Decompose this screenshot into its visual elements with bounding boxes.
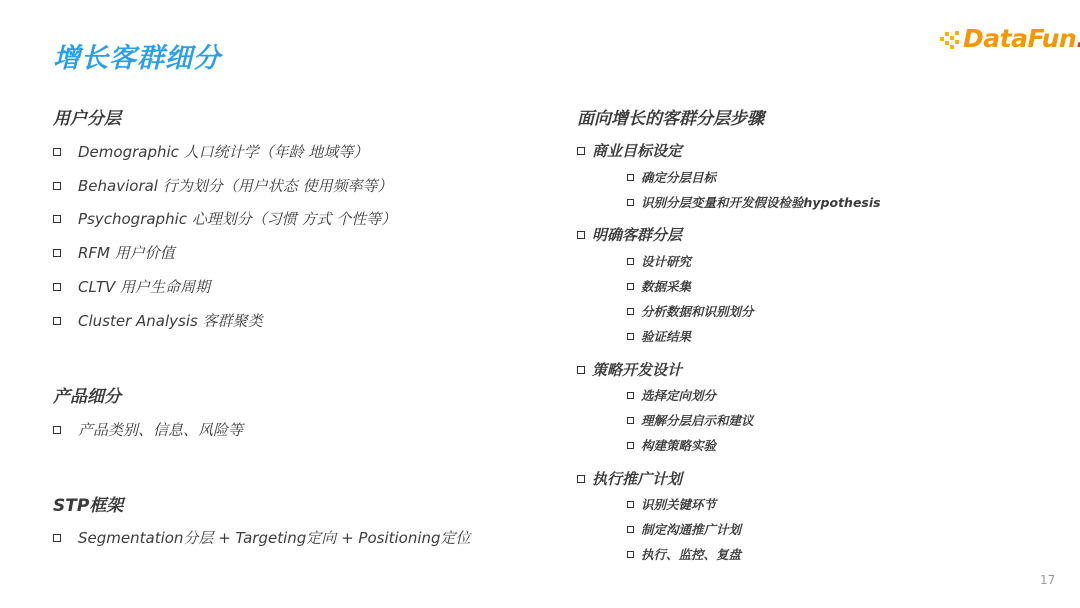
square-bullet-icon	[627, 283, 634, 290]
sub-step-item: 识别关键环节	[627, 495, 716, 513]
sub-step-item: 数据采集	[627, 277, 691, 295]
square-bullet-icon	[53, 317, 61, 325]
logo-pixel-icon	[940, 28, 962, 50]
logo-text: DataFun	[963, 24, 1076, 53]
step-item: 商业目标设定	[577, 140, 682, 161]
sub-step-item: 验证结果	[627, 327, 691, 345]
list-item: CLTV 用户生命周期	[53, 276, 210, 297]
square-bullet-icon	[627, 308, 634, 315]
sub-step-item: 确定分层目标	[627, 168, 716, 186]
page-number: 17	[1040, 573, 1055, 587]
square-bullet-icon	[53, 215, 61, 223]
square-bullet-icon	[627, 417, 634, 424]
list-item: Behavioral 行为划分（用户状态 使用频率等）	[53, 175, 393, 196]
sub-step-item: 分析数据和识别划分	[627, 302, 754, 320]
sub-step-item: 构建策略实验	[627, 436, 716, 454]
step-item: 策略开发设计	[577, 359, 682, 380]
slide-title: 增长客群细分	[53, 36, 221, 75]
square-bullet-icon	[627, 501, 634, 508]
section-heading-growth-steps: 面向增长的客群分层步骤	[577, 104, 764, 129]
square-bullet-icon	[627, 551, 634, 558]
list-item: Cluster Analysis 客群聚类	[53, 310, 263, 331]
square-bullet-icon	[53, 249, 61, 257]
section-heading-product-segmentation: 产品细分	[53, 382, 121, 407]
sub-step-item: 制定沟通推广计划	[627, 520, 741, 538]
sub-step-item: 设计研究	[627, 252, 691, 270]
square-bullet-icon	[577, 366, 585, 374]
square-bullet-icon	[53, 534, 61, 542]
square-bullet-icon	[627, 199, 634, 206]
list-item: Demographic 人口统计学（年龄 地域等）	[53, 141, 368, 162]
list-item: RFM 用户价值	[53, 242, 175, 263]
square-bullet-icon	[53, 283, 61, 291]
square-bullet-icon	[53, 182, 61, 190]
square-bullet-icon	[577, 231, 585, 239]
square-bullet-icon	[577, 147, 585, 155]
square-bullet-icon	[627, 442, 634, 449]
sub-step-item: 识别分层变量和开发假设检验hypothesis	[627, 193, 881, 211]
square-bullet-icon	[53, 426, 61, 434]
step-item: 执行推广计划	[577, 468, 682, 489]
section-heading-user-layering: 用户分层	[53, 104, 121, 129]
sub-step-item: 理解分层启示和建议	[627, 411, 754, 429]
square-bullet-icon	[53, 148, 61, 156]
list-item: Segmentation分层 + Targeting定向 + Positioni…	[53, 527, 471, 548]
logo-dot: .	[1076, 24, 1080, 53]
square-bullet-icon	[627, 526, 634, 533]
step-item: 明确客群分层	[577, 224, 682, 245]
square-bullet-icon	[627, 174, 634, 181]
section-heading-stp: STP框架	[53, 491, 123, 516]
sub-step-item: 选择定向划分	[627, 386, 716, 404]
square-bullet-icon	[627, 258, 634, 265]
square-bullet-icon	[627, 333, 634, 340]
list-item: Psychographic 心理划分（习惯 方式 个性等）	[53, 208, 396, 229]
square-bullet-icon	[627, 392, 634, 399]
square-bullet-icon	[577, 475, 585, 483]
list-item: 产品类别、信息、风险等	[53, 419, 243, 440]
datafun-logo: DataFun.	[940, 24, 1080, 53]
sub-step-item: 执行、监控、复盘	[627, 545, 741, 563]
